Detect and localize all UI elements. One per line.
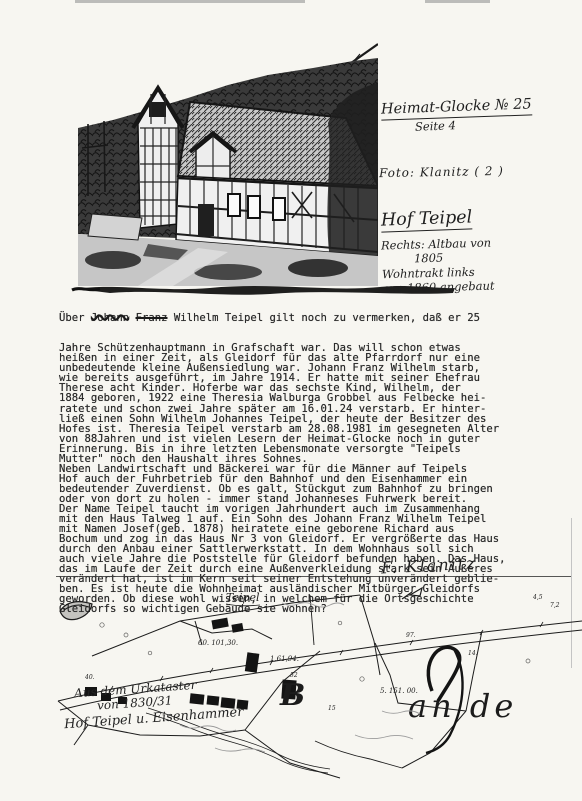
map-number: 14. <box>468 650 478 657</box>
scan-edge-smudge <box>425 0 490 3</box>
farmhouse-photo <box>78 28 378 286</box>
map-label-farm: Teipel <box>226 591 260 604</box>
map-number: 4,5 <box>532 594 543 601</box>
map-tree-symbols <box>100 621 530 681</box>
article-body: Jahre Schützenhauptmann in Grafschaft wa… <box>59 343 537 614</box>
issue-page: Seite 4 <box>415 118 456 133</box>
struck-word: Franz <box>136 312 168 324</box>
map-top-rule <box>56 576 571 577</box>
map-measure: 5. 151. 00. <box>380 687 418 695</box>
article-line: 1884 geboren, 1922 eine Theresia Walburg… <box>59 393 537 403</box>
photo-credit: Foto: Klanitz ( 2 ) <box>379 164 504 180</box>
photo-heading: Hof Teipel <box>381 207 473 232</box>
map-number: 97. <box>406 632 416 639</box>
map-crescent <box>60 602 92 620</box>
map-measure: 60. 101,30. <box>198 639 238 647</box>
map-number: 15 <box>328 705 336 712</box>
map-number: 7,2 <box>550 602 560 609</box>
map-label-underline <box>226 604 260 606</box>
issue-title: Heimat-Glocke № 25 <box>381 96 532 120</box>
scanned-document-page: Heimat-Glocke № 25 Seite 4 Foto: Klanitz… <box>0 0 582 801</box>
scan-edge-smudge <box>75 0 305 3</box>
map-number: 40. <box>84 674 95 681</box>
article-text: Über <box>59 312 91 324</box>
photo-caption-line: 1805 <box>414 251 444 266</box>
signature-arrow-doodle <box>402 588 422 599</box>
map-label-section-letter: B <box>279 678 305 713</box>
article-first-line: Über Johann Franz Wilhelm Teipel gilt no… <box>59 313 537 323</box>
article-text: Wilhelm Teipel gilt noch zu vermerken, d… <box>167 312 480 324</box>
map-measure: 1,61,94. <box>270 655 299 663</box>
map-number: 52 <box>290 672 298 679</box>
scribbled-word: Johann <box>91 312 129 324</box>
